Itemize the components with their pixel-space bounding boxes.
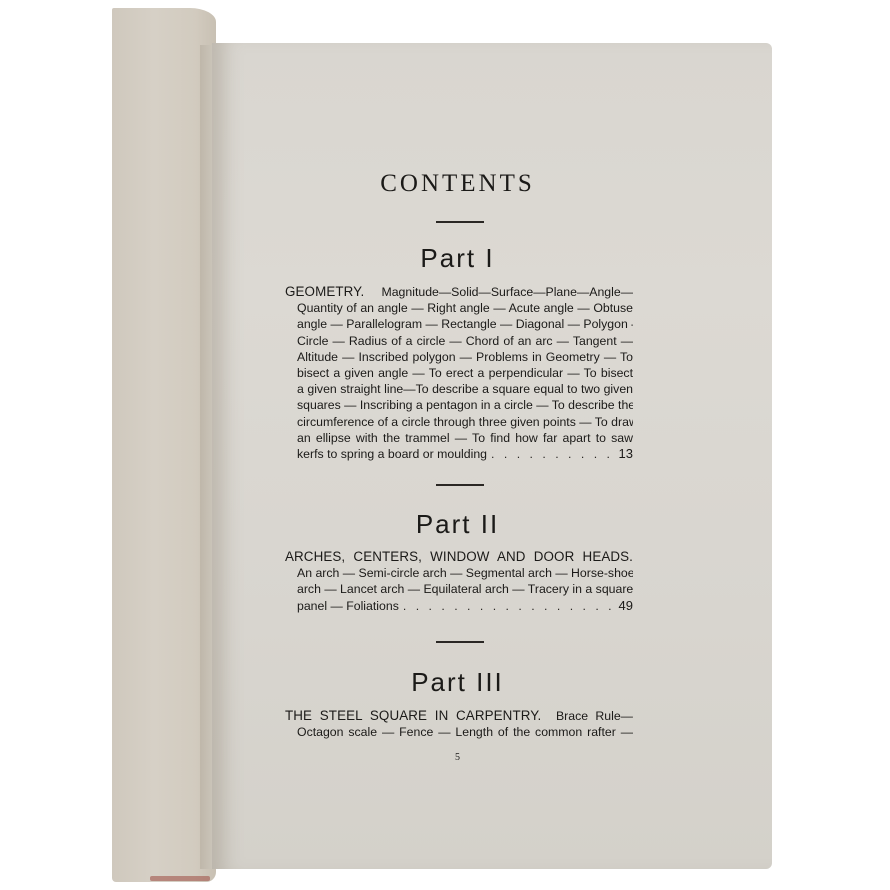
- section-title: THE STEEL SQUARE IN CARPENTRY.: [285, 708, 541, 723]
- section-rule: [436, 484, 484, 486]
- part-2-entry: ARCHES, CENTERS, WINDOW AND DOOR HEADS. …: [285, 549, 633, 614]
- entry-line: Quantity of an angle — Right angle — Acu…: [285, 300, 633, 316]
- entry-line: THE STEEL SQUARE IN CARPENTRY. Brace Rul…: [285, 708, 633, 724]
- entry-line: Altitude — Inscribed polygon — Problems …: [285, 349, 633, 365]
- cover-edge: [150, 876, 210, 881]
- entry-line: a given straight line—To describe a squa…: [285, 381, 633, 397]
- section-rule: [436, 641, 484, 643]
- entry-line: GEOMETRY. Magnitude—Solid—Surface—Plane—…: [285, 284, 633, 300]
- entry-line: squares — Inscribing a pentagon in a cir…: [285, 397, 633, 413]
- contents-text-block: CONTENTS Part I GEOMETRY. Magnitude—Soli…: [285, 0, 630, 890]
- entry-line: ARCHES, CENTERS, WINDOW AND DOOR HEADS.: [285, 549, 633, 565]
- toc-leader-line: kerfs to spring a board or moulding . . …: [285, 446, 633, 462]
- entry-line: An arch — Semi-circle arch — Segmental a…: [285, 565, 633, 581]
- entry-line: an ellipse with the trammel — To find ho…: [285, 430, 633, 446]
- entry-line: panel — Foliations: [297, 598, 399, 614]
- part-3-heading: Part III: [285, 667, 630, 698]
- entry-line: arch — Lancet arch — Equilateral arch — …: [285, 581, 633, 597]
- page-folio: 5: [285, 752, 630, 763]
- toc-leader-line: panel — Foliations . . . . . . . . . . .…: [285, 598, 633, 614]
- part-3-entry: THE STEEL SQUARE IN CARPENTRY. Brace Rul…: [285, 708, 633, 740]
- page-number: 49: [613, 598, 633, 614]
- part-1-heading: Part I: [285, 243, 630, 274]
- entry-line: circumference of a circle through three …: [285, 414, 633, 430]
- leader-dots: . . . . . . . . . . . . . . . . . . . . …: [487, 446, 613, 462]
- title-rule: [436, 221, 484, 223]
- section-title: ARCHES, CENTERS, WINDOW AND DOOR HEADS.: [285, 549, 633, 564]
- section-title: GEOMETRY.: [285, 284, 364, 299]
- entry-line: kerfs to spring a board or moulding: [297, 446, 487, 462]
- part-1-entry: GEOMETRY. Magnitude—Solid—Surface—Plane—…: [285, 284, 633, 462]
- entry-line: Octagon scale — Fence — Length of the co…: [285, 724, 633, 740]
- entry-line: Circle — Radius of a circle — Chord of a…: [285, 333, 633, 349]
- page-title: CONTENTS: [285, 170, 630, 198]
- leader-dots: . . . . . . . . . . . . . . . . . . . . …: [399, 598, 613, 614]
- entry-line: angle — Parallelogram — Rectangle — Diag…: [285, 316, 633, 332]
- book-photo: CONTENTS Part I GEOMETRY. Magnitude—Soli…: [0, 0, 890, 890]
- part-2-heading: Part II: [285, 509, 630, 540]
- page-number: 13: [613, 446, 633, 462]
- entry-line: bisect a given angle — To erect a perpen…: [285, 365, 633, 381]
